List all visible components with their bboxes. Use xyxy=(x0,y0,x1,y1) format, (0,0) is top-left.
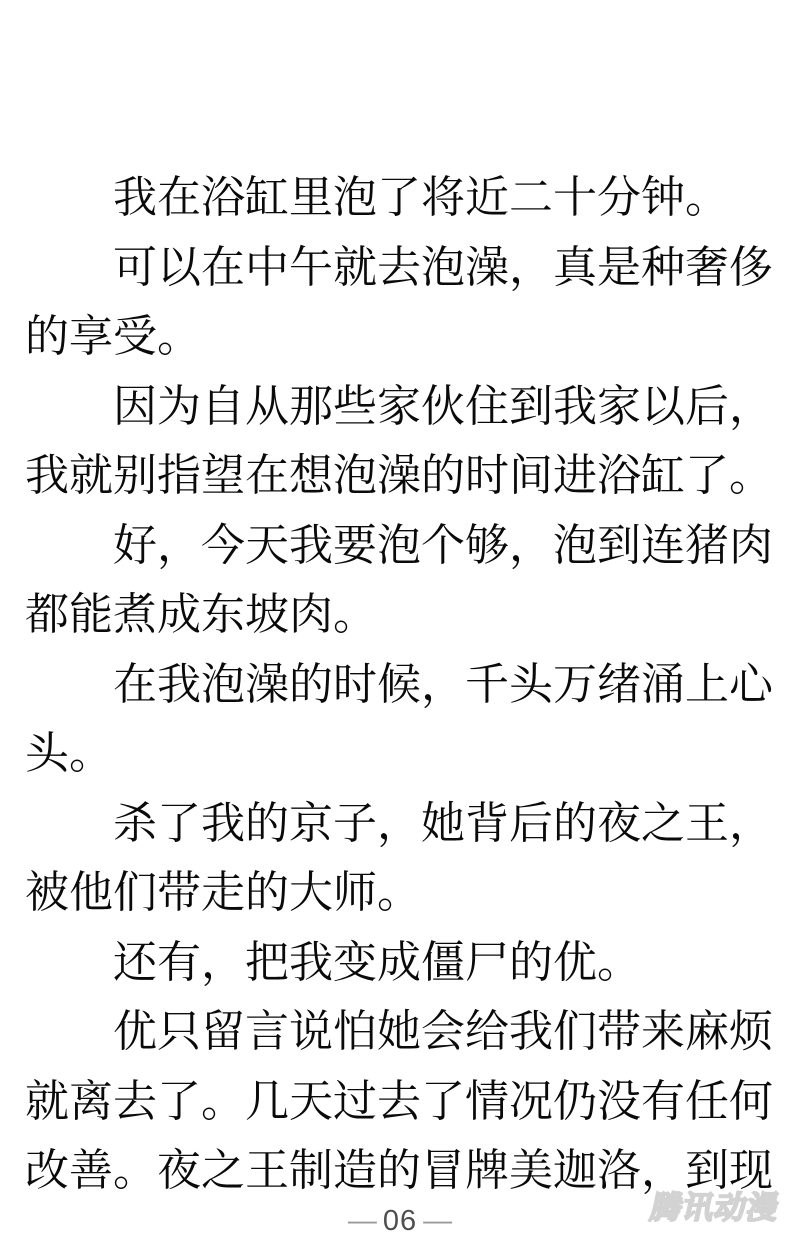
paragraph: 可以在中午就去泡澡，真是种奢侈的享受。 xyxy=(25,233,775,372)
paragraph: 在我泡澡的时候，千头万绪涌上心头。 xyxy=(25,650,775,789)
page-number: —06— xyxy=(0,1203,800,1239)
paragraph: 优只留言说怕她会给我们带来麻烦就离去了。几天过去了情况仍没有任何改善。夜之王制造… xyxy=(25,997,775,1206)
novel-text-block: 我在浴缸里泡了将近二十分钟。 可以在中午就去泡澡，真是种奢侈的享受。 因为自从那… xyxy=(25,163,775,1206)
paragraph: 因为自从那些家伙住到我家以后，我就别指望在想泡澡的时间进浴缸了。 xyxy=(25,372,775,511)
page-number-right-dash: — xyxy=(423,1205,452,1237)
page-number-value: 06 xyxy=(383,1205,417,1237)
page-number-left-dash: — xyxy=(348,1205,377,1237)
paragraph: 杀了我的京子，她背后的夜之王，被他们带走的大师。 xyxy=(25,789,775,928)
paragraph: 还有，把我变成僵尸的优。 xyxy=(25,928,775,998)
paragraph: 好，今天我要泡个够，泡到连猪肉都能煮成东坡肉。 xyxy=(25,511,775,650)
novel-page: 我在浴缸里泡了将近二十分钟。 可以在中午就去泡澡，真是种奢侈的享受。 因为自从那… xyxy=(0,0,800,1245)
paragraph: 我在浴缸里泡了将近二十分钟。 xyxy=(25,163,775,233)
